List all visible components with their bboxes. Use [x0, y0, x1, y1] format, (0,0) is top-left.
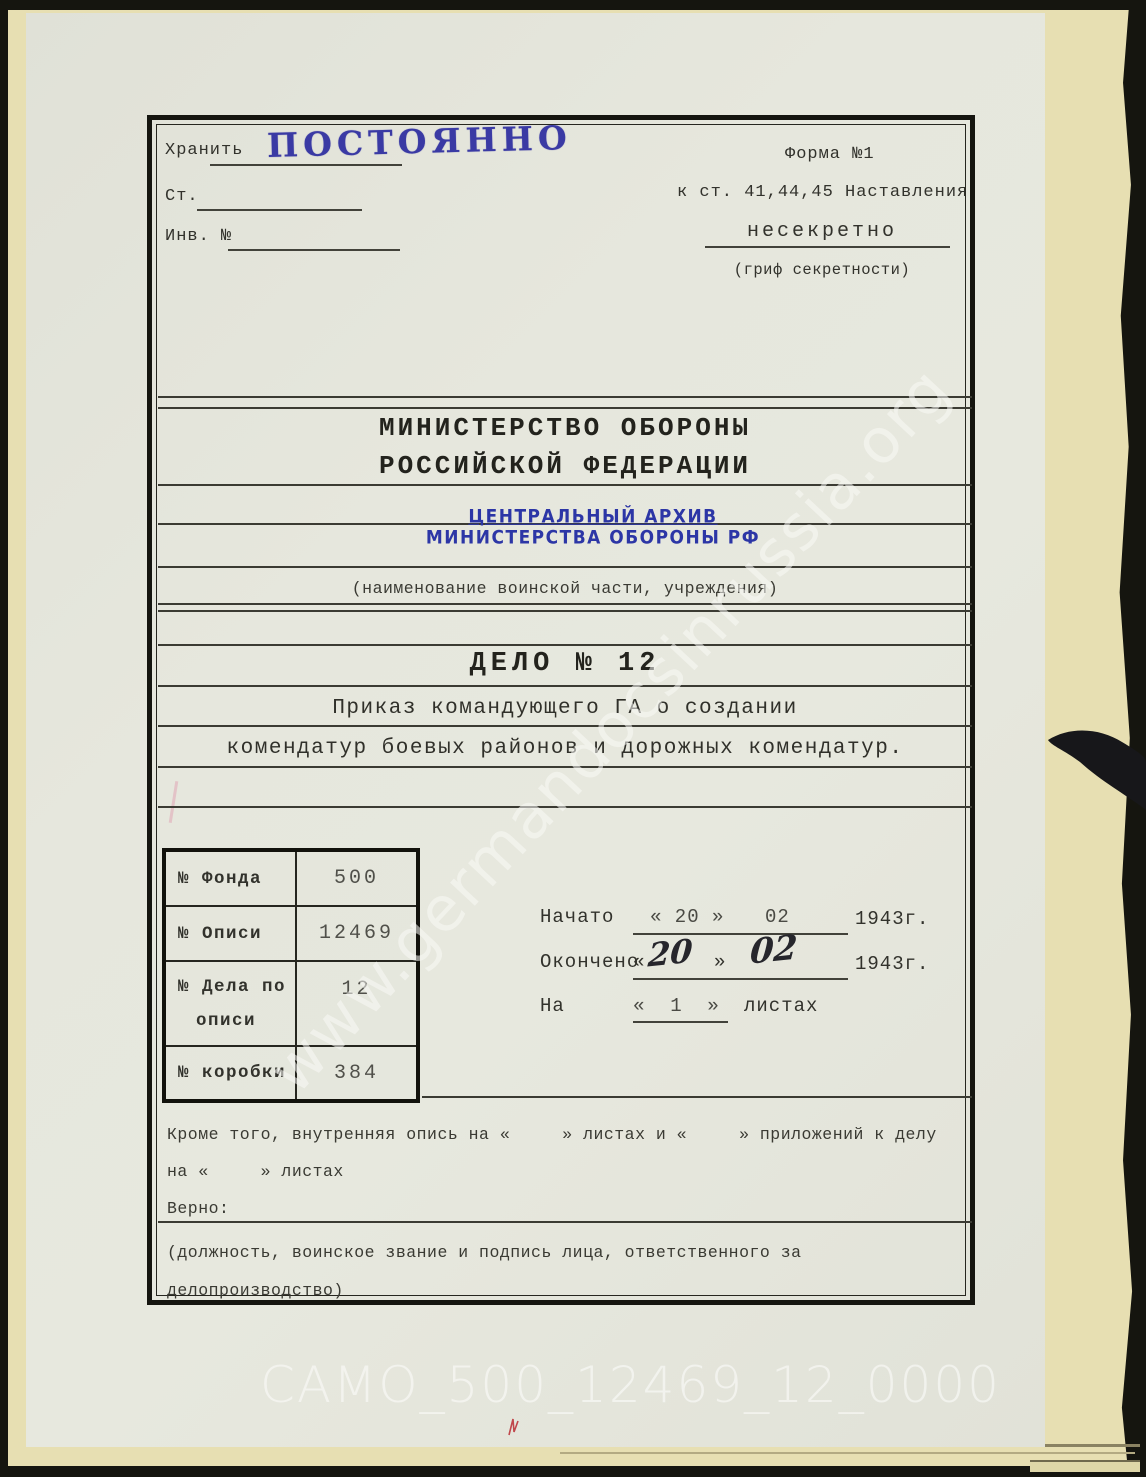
- delo-label-line1: № Дела по: [178, 977, 295, 997]
- st-label: Ст.: [165, 187, 199, 206]
- ruled-line: [158, 396, 972, 398]
- footer-caption-line2: делопроизводство): [167, 1281, 344, 1300]
- started-label: Начато: [540, 906, 614, 928]
- reference-line: к ст. 41,44,45 Наставления: [677, 183, 968, 202]
- ruled-line: [158, 725, 972, 727]
- document-page: Хранить ПОСТОЯННО Ст. Инв. № Форма №1 к …: [26, 13, 1045, 1447]
- red-pencil-mark: [507, 1417, 523, 1437]
- delo-label-line2: описи: [178, 1011, 295, 1031]
- delo-label: № Дела по описи: [166, 962, 297, 1045]
- started-day: « 20 »: [650, 906, 724, 928]
- korobka-value: 384: [297, 1047, 416, 1099]
- unit-caption: (наименование воинской части, учреждения…: [158, 579, 972, 598]
- footer-line1: Кроме того, внутренняя опись на « » лист…: [167, 1125, 937, 1144]
- delo-value: 12: [297, 962, 416, 1045]
- binding-ribbon: [1040, 690, 1146, 820]
- ruled-line: [158, 610, 972, 612]
- footer-caption-line1: (должность, воинское звание и подпись ли…: [167, 1243, 802, 1262]
- inv-label: Инв. №: [165, 227, 232, 246]
- archive-stamp-line1: ЦЕНТРАЛЬНЫЙ АРХИВ: [186, 506, 1000, 528]
- korobka-label: № коробки: [166, 1047, 297, 1099]
- ruled-line: [158, 603, 972, 605]
- scan-canvas: Хранить ПОСТОЯННО Ст. Инв. № Форма №1 к …: [0, 0, 1146, 1477]
- case-title: ДЕЛО № 12: [158, 649, 972, 679]
- ruled-line: [422, 1096, 972, 1098]
- table-row: № Описи 12469: [166, 905, 416, 960]
- table-row: № Фонда 500: [166, 852, 416, 905]
- archive-stamp-line2: МИНИСТЕРСТВА ОБОРОНЫ РФ: [186, 527, 1000, 549]
- opis-value: 12469: [297, 907, 416, 960]
- secrecy-underline: [705, 246, 950, 248]
- finished-label: Окончено: [540, 951, 639, 973]
- case-subtitle-line1: Приказ командующего ГА о создании: [158, 697, 972, 720]
- finished-year: 1943г.: [855, 953, 929, 975]
- form-box: Хранить ПОСТОЯННО Ст. Инв. № Форма №1 к …: [147, 115, 975, 1305]
- sheets-suffix: листах: [744, 995, 818, 1017]
- ruled-line: [158, 566, 972, 568]
- footer-line2: на « » листах: [167, 1162, 344, 1181]
- ruled-line: [158, 766, 972, 768]
- ruled-line: [158, 685, 972, 687]
- sheets-underline: [633, 1021, 728, 1023]
- finished-quote-close: »: [714, 951, 726, 973]
- ruled-line: [158, 644, 972, 646]
- ruled-line: [158, 806, 972, 808]
- sheet-edge-tab: [1030, 1460, 1140, 1472]
- fond-label: № Фонда: [166, 852, 297, 905]
- finished-day-handwritten: 20: [647, 931, 694, 974]
- sheet-edge-line: [560, 1452, 1135, 1454]
- opis-label: № Описи: [166, 907, 297, 960]
- started-month: 02: [765, 906, 790, 928]
- inv-underline: [228, 249, 400, 251]
- ministry-line2: РОССИЙСКОЙ ФЕДЕРАЦИИ: [158, 451, 972, 481]
- keep-label: Хранить: [165, 141, 243, 160]
- secrecy-caption: (гриф секретности): [672, 261, 972, 279]
- form-number: Форма №1: [785, 145, 875, 164]
- keep-permanently-stamp: ПОСТОЯННО: [267, 118, 573, 165]
- certified-label: Верно:: [167, 1199, 229, 1218]
- started-year: 1943г.: [855, 908, 929, 930]
- finished-underline: [633, 978, 848, 980]
- fond-value: 500: [297, 852, 416, 905]
- ministry-line1: МИНИСТЕРСТВО ОБОРОНЫ: [158, 413, 972, 443]
- sheets-count: « 1 »: [633, 995, 720, 1017]
- finished-month-handwritten: 02: [749, 927, 799, 972]
- ruled-line: [158, 1221, 972, 1223]
- case-subtitle-line2: комендатур боевых районов и дорожных ком…: [158, 737, 972, 760]
- fond-table: № Фонда 500 № Описи 12469 № Дела по опис…: [162, 848, 420, 1103]
- finished-quote-open: «: [633, 951, 645, 973]
- table-row: № Дела по описи 12: [166, 960, 416, 1045]
- table-row: № коробки 384: [166, 1045, 416, 1099]
- st-underline: [197, 209, 362, 211]
- secrecy-value: несекретно: [672, 220, 972, 243]
- ruled-line: [158, 484, 972, 486]
- keep-underline: [210, 164, 402, 166]
- ruled-line: [158, 407, 972, 409]
- sheets-label: На: [540, 995, 565, 1017]
